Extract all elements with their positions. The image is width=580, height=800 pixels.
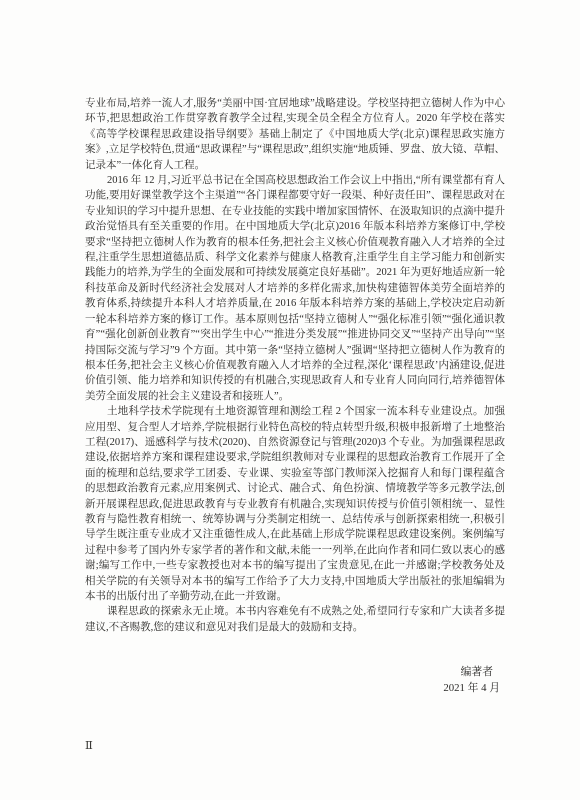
preface-text-block: 专业布局,培养一流人才,服务“美丽中国·宜居地球”战略建设。学校坚持把立德树人作… xyxy=(85,96,505,697)
book-page: 专业布局,培养一流人才,服务“美丽中国·宜居地球”战略建设。学校坚持把立德树人作… xyxy=(0,0,580,800)
paragraph-school-practice: 土地科学技术学院现有土地资源管理和测绘工程 2 个国家一流本科专业建设点。加强应… xyxy=(85,404,505,604)
paragraph-closing-remarks: 课程思政的探索永无止境。本书内容难免有不成熟之处,希望同行专家和广大读者多提建议… xyxy=(85,604,505,635)
paragraph-continuation: 专业布局,培养一流人才,服务“美丽中国·宜居地球”战略建设。学校坚持把立德树人作… xyxy=(85,96,505,173)
page-number: Ⅱ xyxy=(85,738,93,752)
signature-block: 编著者 2021 年 4 月 xyxy=(85,665,505,697)
paragraph-policy-background: 2016 年 12 月,习近平总书记在全国高校思想政治工作会议上中指出,“所有课… xyxy=(85,173,505,404)
signature-author: 编著者 xyxy=(85,665,505,681)
signature-date: 2021 年 4 月 xyxy=(85,681,505,697)
